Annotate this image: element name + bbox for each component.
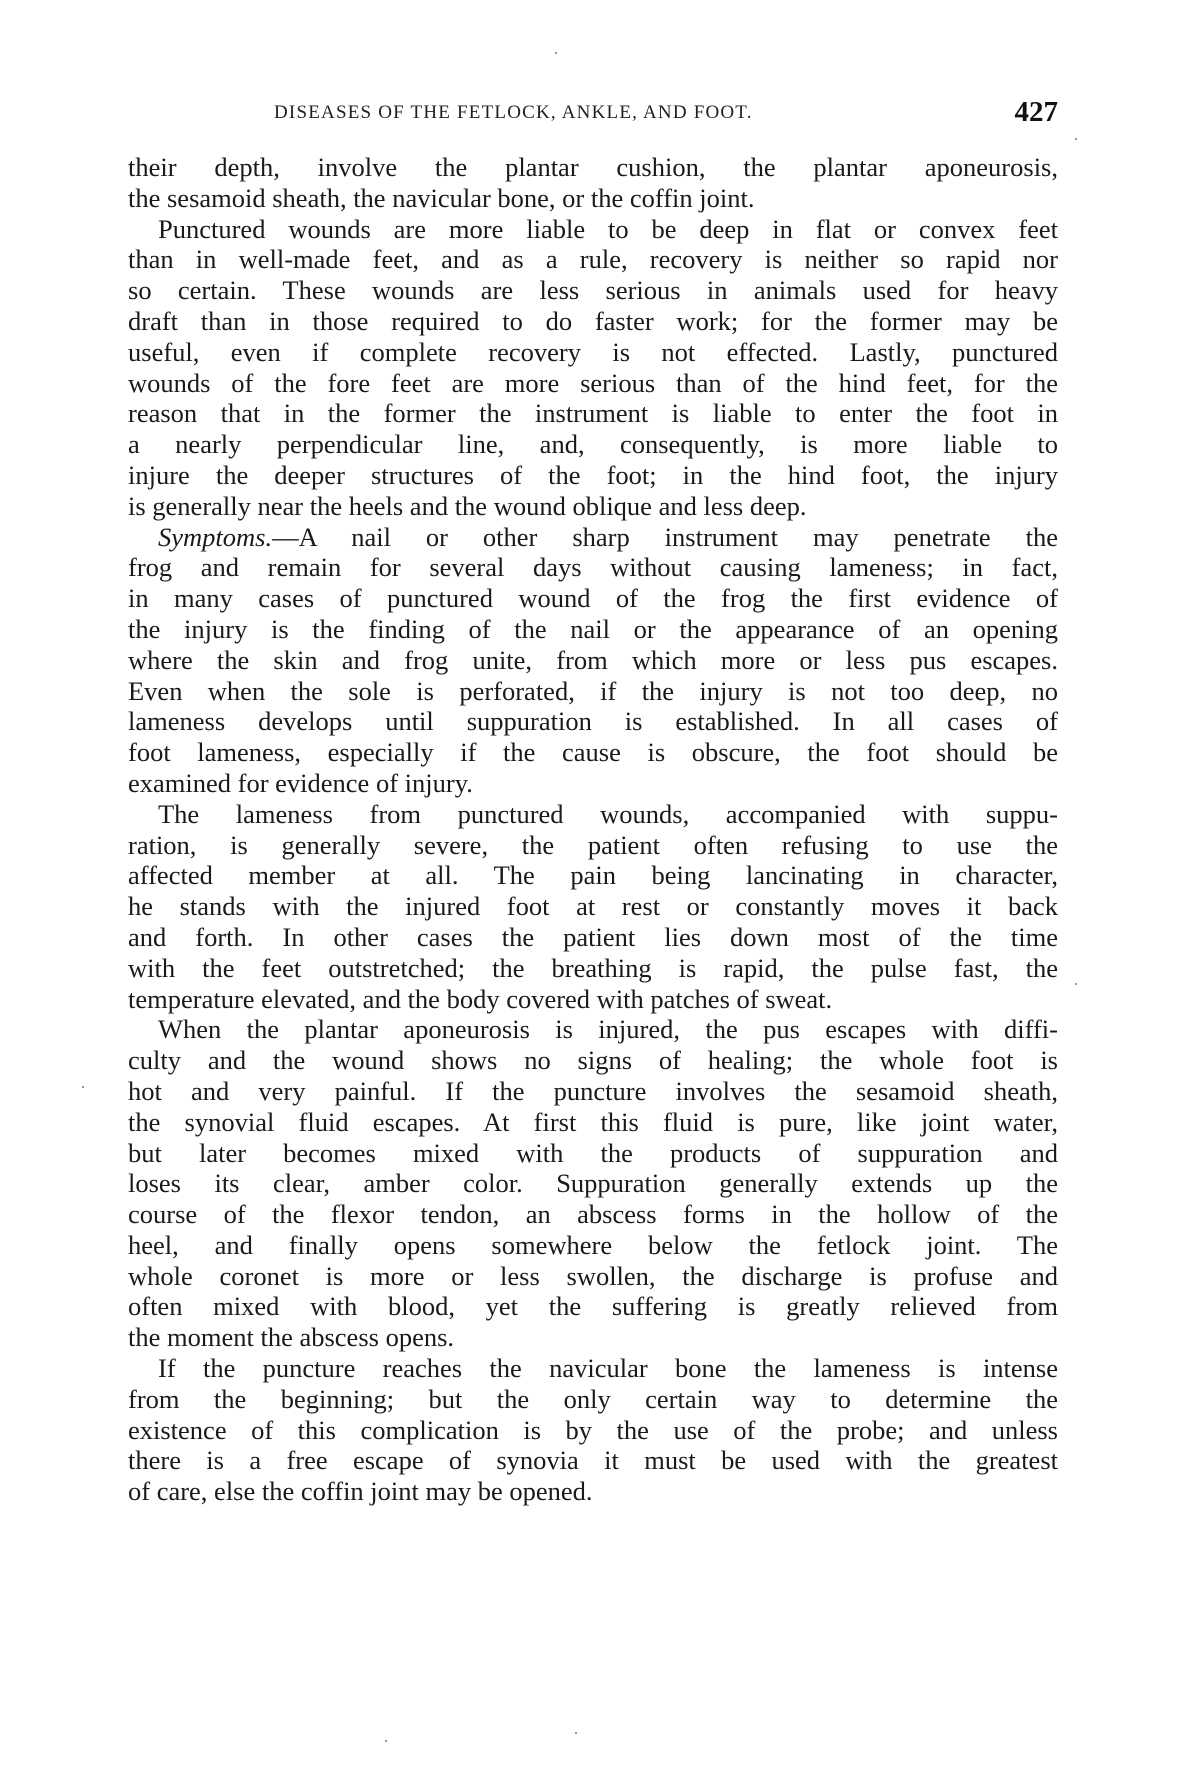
text-line: often mixed with blood, yet the sufferin… [128,1291,1058,1322]
text-line: loses its clear, amber color. Suppuratio… [128,1168,1058,1199]
text-line: If the puncture reaches the navicular bo… [128,1353,1058,1384]
text-line: affected member at all. The pain being l… [128,860,1058,891]
text-line: from the beginning; but the only certain… [128,1384,1058,1415]
text-line: he stands with the injured foot at rest … [128,891,1058,922]
text-line: wounds of the fore feet are more serious… [128,368,1058,399]
text-line: in many cases of punctured wound of the … [128,583,1058,614]
text-line: existence of this complication is by the… [128,1415,1058,1446]
scan-speck [82,1086,84,1088]
text-line: hot and very painful. If the puncture in… [128,1076,1058,1107]
paragraph-anatomy-depth: their depth, involve the plantar cushion… [128,152,1058,214]
text-fragment: —A nail or other sharp instrument may pe… [272,522,1058,552]
text-line: of care, else the coffin joint may be op… [128,1476,1058,1507]
paragraph-lameness: The lameness from punctured wounds, acco… [128,799,1058,1015]
text-line: than in well-made feet, and as a rule, r… [128,244,1058,275]
text-line: frog and remain for several days without… [128,552,1058,583]
scan-speck [555,52,557,54]
text-line: there is a free escape of synovia it mus… [128,1445,1058,1476]
text-line: examined for evidence of injury. [128,768,1058,799]
text-line: culty and the wound shows no signs of he… [128,1045,1058,1076]
text-line: ration, is generally severe, the patient… [128,830,1058,861]
paragraph-navicular-bone: If the puncture reaches the navicular bo… [128,1353,1058,1507]
text-line: Punctured wounds are more liable to be d… [128,214,1058,245]
text-line: their depth, involve the plantar cushion… [128,152,1058,183]
page-number: 427 [1015,96,1059,129]
text-line: injure the deeper structures of the foot… [128,460,1058,491]
scan-speck [575,1732,577,1734]
text-line: heel, and finally opens somewhere below … [128,1230,1058,1261]
scan-speck [1075,138,1077,140]
text-line: foot lameness, especially if the cause i… [128,737,1058,768]
text-line: course of the flexor tendon, an abscess … [128,1199,1058,1230]
body-text: their depth, involve the plantar cushion… [128,152,1058,1507]
text-line: where the skin and frog unite, from whic… [128,645,1058,676]
paragraph-plantar-aponeurosis: When the plantar aponeurosis is injured,… [128,1014,1058,1353]
text-line: the sesamoid sheath, the navicular bone,… [128,183,1058,214]
text-line: the moment the abscess opens. [128,1322,1058,1353]
text-line: the synovial fluid escapes. At first thi… [128,1107,1058,1138]
text-line: lameness develops until suppuration is e… [128,706,1058,737]
text-line: but later becomes mixed with the product… [128,1138,1058,1169]
text-line: Even when the sole is perforated, if the… [128,676,1058,707]
text-line: When the plantar aponeurosis is injured,… [128,1014,1058,1045]
text-line: whole coronet is more or less swollen, t… [128,1261,1058,1292]
text-line: so certain. These wounds are less seriou… [128,275,1058,306]
text-line: a nearly perpendicular line, and, conseq… [128,429,1058,460]
paragraph-symptoms: Symptoms.—A nail or other sharp instrume… [128,522,1058,799]
scan-speck [1075,983,1077,985]
text-line: reason that in the former the instrument… [128,398,1058,429]
text-line: with the feet outstretched; the breathin… [128,953,1058,984]
text-line: The lameness from punctured wounds, acco… [128,799,1058,830]
book-page: DISEASES OF THE FETLOCK, ANKLE, AND FOOT… [0,0,1200,1776]
text-line: Symptoms.—A nail or other sharp instrume… [128,522,1058,553]
text-line: the injury is the finding of the nail or… [128,614,1058,645]
running-title: DISEASES OF THE FETLOCK, ANKLE, AND FOOT… [274,102,753,124]
text-line: useful, even if complete recovery is not… [128,337,1058,368]
text-line: draft than in those required to do faste… [128,306,1058,337]
text-line: is generally near the heels and the woun… [128,491,1058,522]
text-line: and forth. In other cases the patient li… [128,922,1058,953]
text-line: temperature elevated, and the body cover… [128,984,1058,1015]
section-heading-symptoms: Symptoms. [158,522,272,552]
scan-speck [385,1740,387,1742]
running-head: DISEASES OF THE FETLOCK, ANKLE, AND FOOT… [128,96,1058,132]
paragraph-punctured-wounds: Punctured wounds are more liable to be d… [128,214,1058,522]
